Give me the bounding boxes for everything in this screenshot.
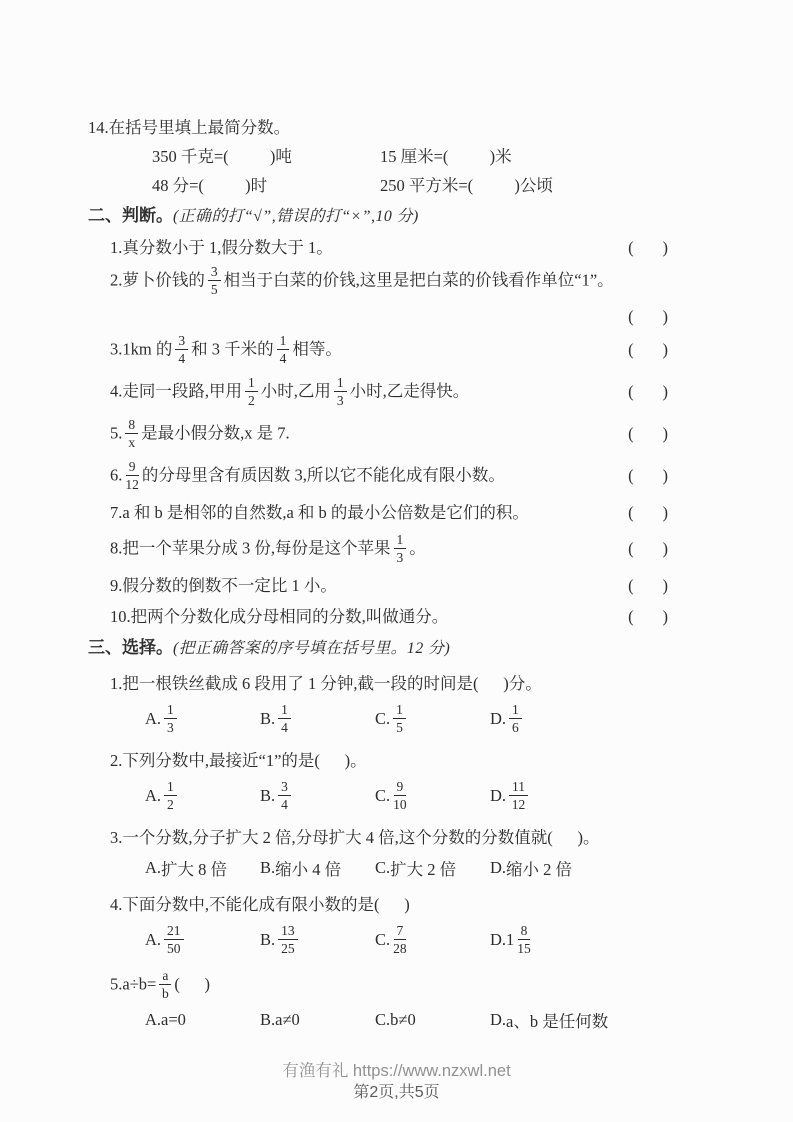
fraction-denominator: 12 [125, 476, 139, 492]
text-segment: 缩小 4 倍 [275, 856, 341, 880]
fraction-denominator: 3 [337, 392, 344, 408]
text-segment: a=0 [161, 1010, 186, 1030]
page-footer: 有渔有礼 https://www.nzxwl.net 第2页,共5页 [0, 1060, 793, 1104]
fraction-denominator: 10 [393, 796, 407, 812]
option-label: B. [260, 1010, 275, 1030]
text-segment: a、b 是任何数 [506, 1008, 608, 1032]
judge-item-text: 6.912的分母里含有质因数 3,所以它不能化成有限小数。 [88, 460, 616, 493]
option-label: C. [375, 709, 390, 729]
choice-stem: 4.下面分数中,不能化成有限小数的是( ) [88, 892, 668, 917]
text-segment: 缩小 2 倍 [506, 856, 572, 880]
option-label: D. [490, 1010, 506, 1030]
fraction-denominator: 2 [167, 796, 174, 812]
fill-in-blank-left: 350 千克=( )吨 [152, 145, 380, 169]
text-segment: 7.a 和 b 是相邻的自然数,a 和 b 的最小公倍数是它们的积。 [110, 503, 529, 522]
choice-option: C.15 [375, 703, 490, 736]
fraction-numerator: 9 [126, 459, 139, 476]
fraction-denominator: 6 [512, 719, 519, 735]
fraction: 13 [394, 532, 407, 565]
fill-in-blank-right: 15 厘米=( )米 [380, 145, 512, 169]
fraction-numerator: 9 [394, 779, 407, 796]
choice-options: A.2150B.1325C.728D.1815 [88, 920, 668, 960]
choice-option: C.910 [375, 780, 490, 813]
section-judge-title: 二、判断。 [88, 206, 173, 225]
choice-options: A.扩大 8 倍B.缩小 4 倍C.扩大 2 倍D.缩小 2 倍 [88, 853, 668, 883]
fraction: 8x [125, 417, 138, 450]
fraction: 13 [334, 375, 347, 408]
text-segment: 2.下列分数中,最接近“1”的是( )。 [110, 751, 367, 770]
footer-site-text: 有渔有礼 https://www.nzxwl.net [0, 1060, 793, 1082]
fraction-numerator: 3 [208, 264, 221, 281]
fraction-numerator: 21 [164, 923, 184, 940]
fraction-denominator: 15 [517, 940, 531, 956]
fraction: ab [159, 968, 171, 1001]
fraction-numerator: 7 [394, 923, 407, 940]
option-label: A. [145, 930, 161, 950]
judge-item-text: 10.把两个分数化成分母相同的分数,叫做通分。 [88, 606, 616, 628]
fraction-numerator: 3 [278, 779, 291, 796]
fraction-denominator: 3 [397, 549, 404, 565]
fraction: 12 [164, 779, 177, 812]
judge-item: 3.1km 的34和 3 千米的14相等。( ) [88, 331, 668, 369]
choice-option: C.扩大 2 倍 [375, 856, 490, 880]
text-segment: 。 [409, 538, 426, 557]
judge-item: 8.把一个苹果分成 3 份,每份是这个苹果13。( ) [88, 530, 668, 568]
choice-stem: 3.一个分数,分子扩大 2 倍,分母扩大 4 倍,这个分数的分数值就( )。 [88, 825, 668, 850]
judge-item-text: 3.1km 的34和 3 千米的14相等。 [88, 334, 616, 367]
option-label: C. [375, 786, 390, 806]
text-segment: 1.把一根铁丝截成 6 段用了 1 分钟,截一段的时间是( )分。 [110, 674, 542, 693]
judge-item: 2.萝卜价钱的35相当于白菜的价钱,这里是把白菜的价钱看作单位“1”。( ) [88, 265, 668, 327]
judge-item: 6.912的分母里含有质因数 3,所以它不能化成有限小数。( ) [88, 457, 668, 495]
answer-bracket: ( ) [628, 576, 668, 596]
fill-in-rows: 350 千克=( )吨15 厘米=( )米48 分=( )时250 平方米=( … [88, 145, 668, 198]
text-segment: 9.假分数的倒数不一定比 1 小。 [110, 576, 337, 595]
judge-item-text: 1.真分数小于 1,假分数大于 1。 [88, 237, 616, 259]
fraction: 1325 [278, 923, 298, 956]
text-segment: 3.1km 的 [110, 339, 172, 358]
fraction-numerator: 1 [278, 702, 291, 719]
fraction-numerator: 8 [125, 417, 138, 434]
fraction-denominator: 4 [281, 719, 288, 735]
choice-option: A.13 [145, 703, 260, 736]
judge-item: 5.8x是最小假分数,x 是 7.( ) [88, 415, 668, 453]
text-segment: 10.把两个分数化成分母相同的分数,叫做通分。 [110, 607, 448, 626]
option-label: D. [490, 786, 506, 806]
option-label: D. [490, 858, 506, 878]
fraction: 14 [278, 702, 291, 735]
fraction: 34 [175, 333, 188, 366]
fraction-denominator: b [162, 985, 169, 1001]
choice-stem: 5.a÷b=ab( ) [88, 969, 668, 1002]
choice-option: B.34 [260, 780, 375, 813]
text-segment: 8.把一个苹果分成 3 份,每份是这个苹果 [110, 538, 391, 557]
fraction-denominator: 28 [393, 940, 407, 956]
judge-item: 1.真分数小于 1,假分数大于 1。( ) [88, 234, 668, 261]
choice-option: B.1325 [260, 924, 375, 957]
fraction: 34 [278, 779, 291, 812]
text-segment: 1.真分数小于 1,假分数大于 1。 [110, 238, 333, 257]
fraction: 2150 [164, 923, 184, 956]
fraction-denominator: 4 [178, 350, 185, 366]
choice-stem: 1.把一根铁丝截成 6 段用了 1 分钟,截一段的时间是( )分。 [88, 671, 668, 696]
text-segment: 4.下面分数中,不能化成有限小数的是( ) [110, 895, 410, 914]
section-judge-heading: 二、判断。(正确的打“√”,错误的打“×”,10 分) [88, 202, 668, 230]
judge-item: 9.假分数的倒数不一定比 1 小。( ) [88, 572, 668, 599]
fill-in-row: 48 分=( )时250 平方米=( )公顷 [88, 174, 668, 198]
fill-in-blank-right: 250 平方米=( )公顷 [380, 174, 553, 198]
option-label: B. [260, 786, 275, 806]
choice-option: C.728 [375, 924, 490, 957]
fraction-numerator: 13 [278, 923, 298, 940]
fraction: 910 [393, 779, 407, 812]
answer-bracket: ( ) [628, 340, 668, 360]
judge-item-text: 4.走同一段路,甲用12小时,乙用13小时,乙走得快。 [88, 376, 616, 409]
answer-bracket: ( ) [628, 424, 668, 444]
fraction-numerator: a [159, 968, 171, 985]
fraction-numerator: 3 [175, 333, 188, 350]
judge-question-list: 1.真分数小于 1,假分数大于 1。( )2.萝卜价钱的35相当于白菜的价钱,这… [88, 234, 668, 630]
footer-page-number: 第2页,共5页 [0, 1082, 793, 1104]
fraction-denominator: 5 [211, 281, 218, 297]
fraction: 15 [393, 702, 406, 735]
text-segment: 6. [110, 465, 122, 484]
choice-option: B.14 [260, 703, 375, 736]
text-segment: a≠0 [275, 1010, 300, 1030]
text-segment: 是最小假分数,x 是 7. [141, 423, 290, 442]
text-segment: 5. [110, 423, 122, 442]
fill-in-row: 350 千克=( )吨15 厘米=( )米 [88, 145, 668, 169]
text-segment: 小时,乙用 [261, 381, 331, 400]
fraction: 912 [125, 459, 139, 492]
fraction-denominator: 5 [396, 719, 403, 735]
fraction-numerator: 1 [164, 702, 177, 719]
answer-bracket: ( ) [628, 238, 668, 258]
answer-bracket: ( ) [628, 503, 668, 523]
option-label: C. [375, 1010, 390, 1030]
choice-option: C.b≠0 [375, 1010, 490, 1030]
choice-option: D.16 [490, 703, 525, 736]
fraction-numerator: 1 [509, 702, 522, 719]
text-segment: ( ) [174, 975, 210, 994]
choice-option: D.1112 [490, 780, 531, 813]
fraction: 728 [393, 923, 407, 956]
fraction-denominator: 12 [512, 796, 526, 812]
text-segment: 相等。 [292, 339, 342, 358]
fraction-denominator: x [128, 434, 135, 450]
fraction: 12 [245, 375, 258, 408]
fraction: 13 [164, 702, 177, 735]
text-segment: 2.萝卜价钱的 [110, 270, 205, 289]
option-label: B. [260, 858, 275, 878]
text-segment: 扩大 2 倍 [390, 856, 456, 880]
fraction-numerator: 1 [334, 375, 347, 392]
fraction: 16 [509, 702, 522, 735]
choice-option: D.a、b 是任何数 [490, 1008, 608, 1032]
judge-item-text: 8.把一个苹果分成 3 份,每份是这个苹果13。 [88, 533, 616, 566]
choice-option: D.1815 [490, 924, 534, 957]
fraction: 1112 [509, 779, 528, 812]
scanned-exam-page: 14.在括号里填上最简分数。 350 千克=( )吨15 厘米=( )米48 分… [0, 0, 793, 1122]
judge-item: 4.走同一段路,甲用12小时,乙用13小时,乙走得快。( ) [88, 373, 668, 411]
text-segment: 的分母里含有质因数 3,所以它不能化成有限小数。 [142, 465, 505, 484]
option-label: C. [375, 930, 390, 950]
choice-option: B.缩小 4 倍 [260, 856, 375, 880]
exam-content: 14.在括号里填上最简分数。 350 千克=( )吨15 厘米=( )米48 分… [88, 116, 668, 1035]
option-label: C. [375, 858, 390, 878]
text-segment: 3.一个分数,分子扩大 2 倍,分母扩大 4 倍,这个分数的分数值就( )。 [110, 828, 600, 847]
fraction-numerator: 1 [393, 702, 406, 719]
fraction-numerator: 1 [394, 532, 407, 549]
text-segment: 4.走同一段路,甲用 [110, 381, 242, 400]
section-choice-heading: 三、选择。(把正确答案的序号填在括号里。12 分) [88, 634, 668, 662]
option-label: D. [490, 709, 506, 729]
fraction-denominator: 4 [280, 350, 287, 366]
option-label: B. [260, 930, 275, 950]
section-choice-title: 三、选择。 [88, 638, 173, 657]
judge-item-text: 9.假分数的倒数不一定比 1 小。 [88, 575, 616, 597]
fraction: 815 [517, 923, 531, 956]
judge-item-text: 7.a 和 b 是相邻的自然数,a 和 b 的最小公倍数是它们的积。 [88, 502, 616, 524]
choice-option: B.a≠0 [260, 1010, 375, 1030]
fill-in-blank-left: 48 分=( )时 [152, 174, 380, 198]
choice-options: A.13B.14C.15D.16 [88, 699, 668, 739]
answer-bracket: ( ) [628, 382, 668, 402]
fraction-denominator: 50 [167, 940, 181, 956]
section-choice-note: (把正确答案的序号填在括号里。12 分) [173, 640, 450, 657]
choice-options: A.a=0B.a≠0C.b≠0D.a、b 是任何数 [88, 1005, 668, 1035]
fraction-denominator: 25 [281, 940, 295, 956]
text-segment: 相当于白菜的价钱,这里是把白菜的价钱看作单位“1”。 [224, 270, 614, 289]
choice-option: D.缩小 2 倍 [490, 856, 572, 880]
fraction-numerator: 11 [509, 779, 528, 796]
fraction: 14 [277, 333, 290, 366]
text-segment: 1 [506, 930, 514, 950]
text-segment: 和 3 千米的 [191, 339, 274, 358]
fraction-denominator: 4 [281, 796, 288, 812]
choice-option: A.扩大 8 倍 [145, 856, 260, 880]
text-segment: 扩大 8 倍 [161, 856, 227, 880]
option-label: A. [145, 858, 161, 878]
choice-stem: 2.下列分数中,最接近“1”的是( )。 [88, 748, 668, 773]
choice-option: A.12 [145, 780, 260, 813]
question-14-title: 14.在括号里填上最简分数。 [88, 116, 668, 140]
answer-bracket: ( ) [628, 466, 668, 486]
judge-item: 10.把两个分数化成分母相同的分数,叫做通分。( ) [88, 603, 668, 630]
text-segment: b≠0 [390, 1010, 416, 1030]
fraction-numerator: 1 [245, 375, 258, 392]
option-label: D. [490, 930, 506, 950]
fraction-numerator: 1 [164, 779, 177, 796]
answer-bracket: ( ) [628, 607, 668, 627]
section-judge-note: (正确的打“√”,错误的打“×”,10 分) [173, 208, 419, 225]
option-label: A. [145, 1010, 161, 1030]
text-segment: 5.a÷b= [110, 975, 156, 994]
choice-options: A.12B.34C.910D.1112 [88, 776, 668, 816]
option-label: A. [145, 709, 161, 729]
fraction-denominator: 2 [248, 392, 255, 408]
option-label: A. [145, 786, 161, 806]
fraction: 35 [208, 264, 221, 297]
choice-option: A.a=0 [145, 1010, 260, 1030]
judge-item-text: 2.萝卜价钱的35相当于白菜的价钱,这里是把白菜的价钱看作单位“1”。 [88, 265, 690, 298]
choice-option: A.2150 [145, 924, 260, 957]
answer-bracket: ( ) [628, 539, 668, 559]
judge-item: 7.a 和 b 是相邻的自然数,a 和 b 的最小公倍数是它们的积。( ) [88, 499, 668, 526]
answer-bracket: ( ) [628, 307, 668, 327]
text-segment: 小时,乙走得快。 [350, 381, 470, 400]
fraction-numerator: 8 [518, 923, 531, 940]
choice-question-list: 1.把一根铁丝截成 6 段用了 1 分钟,截一段的时间是( )分。A.13B.1… [88, 671, 668, 1035]
fraction-numerator: 1 [277, 333, 290, 350]
judge-item-text: 5.8x是最小假分数,x 是 7. [88, 418, 616, 451]
fraction-denominator: 3 [167, 719, 174, 735]
option-label: B. [260, 709, 275, 729]
